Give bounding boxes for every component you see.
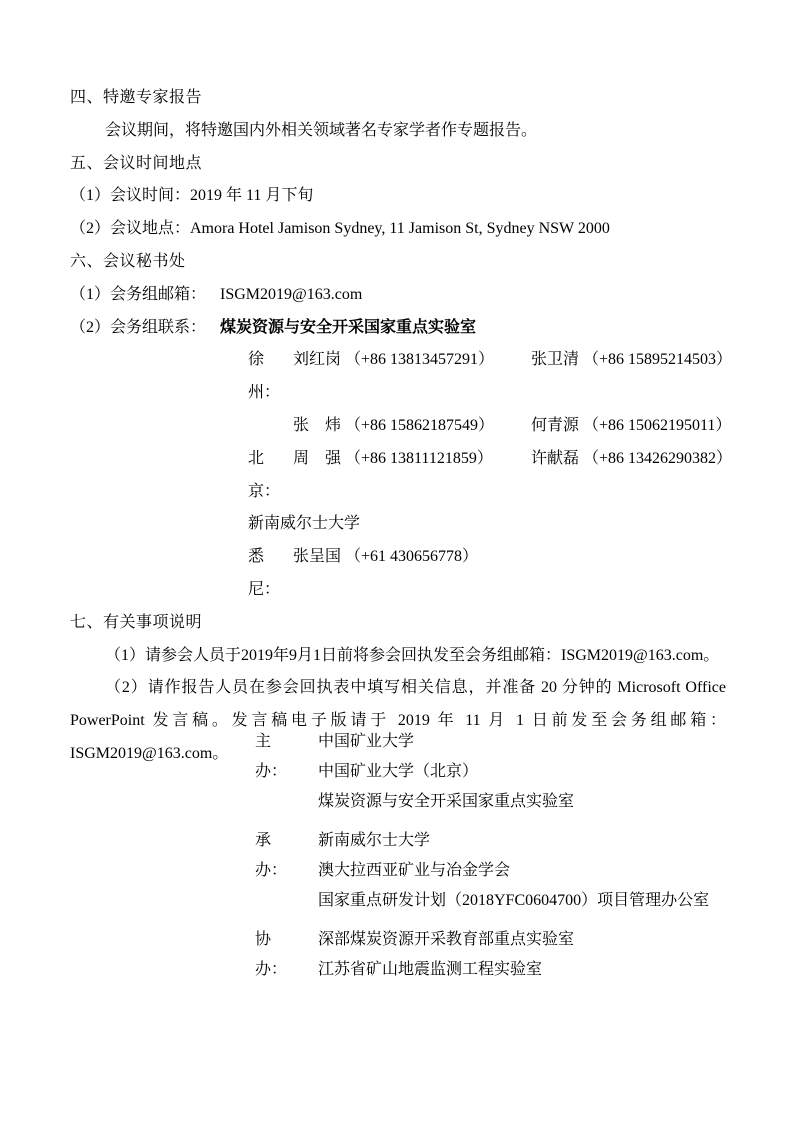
contact-row-xuzhou-1: 徐州： 刘红岗 （+86 13813457291） 张卫清 （+86 15895…	[248, 344, 726, 410]
contact-name: 张呈国	[293, 541, 345, 607]
university-name: 新南威尔士大学	[248, 508, 726, 541]
section-heading-invited-reports: 四、特邀专家报告	[70, 82, 726, 115]
contact-list: 徐州： 刘红岗 （+86 13813457291） 张卫清 （+86 15895…	[248, 344, 726, 606]
organizer-item: 新南威尔士大学	[318, 826, 725, 856]
contact-name: 张 炜	[293, 410, 345, 443]
contact-row-sydney: 悉尼： 张呈国 （+61 430656778）	[248, 541, 726, 607]
secretariat-contact-line: （2）会务组联系：煤炭资源与安全开采国家重点实验室	[70, 312, 726, 345]
organizer-co-organizer-items: 深部煤炭资源开采教育部重点实验室 江苏省矿山地震监测工程实验室	[318, 925, 725, 985]
organizers-block: 主 办： 中国矿业大学 中国矿业大学（北京） 煤炭资源与安全开采国家重点实验室 …	[255, 727, 725, 994]
section-heading-secretariat: 六、会议秘书处	[70, 246, 726, 279]
organizer-item: 国家重点研发计划（2018YFC0604700）项目管理办公室	[318, 886, 725, 916]
contact-city	[248, 410, 293, 443]
organizer-organizer-items: 新南威尔士大学 澳大拉西亚矿业与冶金学会 国家重点研发计划（2018YFC060…	[318, 826, 725, 916]
meeting-time-item: （1）会议时间：2019 年 11 月下旬	[70, 180, 726, 213]
contact-city: 北京：	[248, 443, 293, 509]
organizer-co-organizer-label: 协 办：	[255, 925, 318, 985]
organizer-host-label: 主 办：	[255, 727, 318, 817]
secretariat-email-line: （1）会务组邮箱：ISGM2019@163.com	[70, 279, 726, 312]
secretariat-contact-label: （2）会务组联系：	[70, 312, 220, 345]
contact-name: 周 强	[293, 443, 345, 509]
contact-phone: （+86 15862187549）	[345, 410, 531, 443]
contact-name: 许献磊	[531, 443, 583, 509]
organizer-group-host: 主 办： 中国矿业大学 中国矿业大学（北京） 煤炭资源与安全开采国家重点实验室	[255, 727, 725, 817]
organizer-group-organizer: 承 办： 新南威尔士大学 澳大拉西亚矿业与冶金学会 国家重点研发计划（2018Y…	[255, 826, 725, 916]
contact-phone: （+61 430656778）	[345, 541, 531, 607]
organizer-group-co-organizer: 协 办： 深部煤炭资源开采教育部重点实验室 江苏省矿山地震监测工程实验室	[255, 925, 725, 985]
invited-reports-paragraph: 会议期间，将特邀国内外相关领域著名专家学者作专题报告。	[70, 115, 726, 148]
contact-name: 刘红岗	[293, 344, 345, 410]
section-heading-time-location: 五、会议时间地点	[70, 148, 726, 181]
contact-row-beijing: 北京： 周 强 （+86 13811121859） 许献磊 （+86 13426…	[248, 443, 726, 509]
organizer-item: 澳大拉西亚矿业与冶金学会	[318, 856, 725, 886]
contact-phone: （+86 15895214503）	[583, 344, 769, 410]
document-body: 四、特邀专家报告 会议期间，将特邀国内外相关领域著名专家学者作专题报告。 五、会…	[70, 82, 726, 771]
section-heading-notes: 七、有关事项说明	[70, 607, 726, 640]
organizer-host-items: 中国矿业大学 中国矿业大学（北京） 煤炭资源与安全开采国家重点实验室	[318, 727, 725, 817]
contact-name: 何青源	[531, 410, 583, 443]
state-key-lab-name: 煤炭资源与安全开采国家重点实验室	[220, 319, 476, 336]
secretariat-email-label: （1）会务组邮箱：	[70, 279, 220, 312]
contact-name: 张卫清	[531, 344, 583, 410]
meeting-location-item: （2）会议地点：Amora Hotel Jamison Sydney, 11 J…	[70, 213, 726, 246]
contact-phone: （+86 15062195011）	[583, 410, 769, 443]
organizer-item: 中国矿业大学	[318, 727, 725, 757]
contact-row-xuzhou-2: 张 炜 （+86 15862187549） 何青源 （+86 150621950…	[248, 410, 726, 443]
organizer-item: 江苏省矿山地震监测工程实验室	[318, 955, 725, 985]
contact-phone: （+86 13426290382）	[583, 443, 769, 509]
document-page: 四、特邀专家报告 会议期间，将特邀国内外相关领域著名专家学者作专题报告。 五、会…	[0, 0, 799, 1131]
organizer-item: 煤炭资源与安全开采国家重点实验室	[318, 787, 725, 817]
contact-phone: （+86 13813457291）	[345, 344, 531, 410]
contact-city: 悉尼：	[248, 541, 293, 607]
secretariat-email-value: ISGM2019@163.com	[220, 286, 362, 303]
organizer-organizer-label: 承 办：	[255, 826, 318, 916]
contact-phone: （+86 13811121859）	[345, 443, 531, 509]
organizer-item: 深部煤炭资源开采教育部重点实验室	[318, 925, 725, 955]
contact-city: 徐州：	[248, 344, 293, 410]
notes-paragraph-1: （1）请参会人员于2019年9月1日前将参会回执发至会务组邮箱：ISGM2019…	[70, 640, 726, 673]
organizer-item: 中国矿业大学（北京）	[318, 757, 725, 787]
